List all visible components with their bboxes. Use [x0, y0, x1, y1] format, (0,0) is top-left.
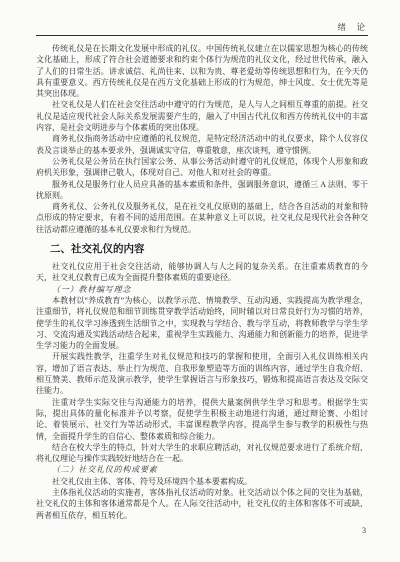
page-content: 绪 论 传统礼仪是在长期文化发展中形成的礼仪。中国传统礼仪建立在以儒家思想为核心…	[36, 22, 368, 521]
paragraph-textbook-core-concept: 本教材以“养成教育”为核心，以教学示范、情境教学、互动沟通、实践提高为教学理念，…	[36, 295, 368, 351]
paragraph-social-etiquette-education: 社交礼仪应用于社会交往活动，能够协调人与人之间的复杂关系。在注重素质教育的今天，…	[36, 261, 368, 284]
paragraph-service-etiquette: 服务礼仪是服务行业人员应具备的基本素质和条件，强调服务意识，遵循三 A 法则、零…	[36, 179, 368, 202]
paragraph-four-elements: 社交礼仪由主体、客体、符号及环境四个基本要素构成。	[36, 476, 368, 487]
running-header-chapter-title: 绪 论	[36, 22, 368, 35]
subheading-textbook-writing-philosophy: （一）教材编写理念	[36, 284, 368, 295]
paragraph-subject-and-object: 主体指礼仪活动的实施者，客体指礼仪活动的对象。社交活动以个体之间的交往为基础，社…	[36, 487, 368, 521]
section-heading-social-etiquette-content: 二、社交礼仪的内容	[36, 243, 368, 256]
paragraph-traditional-etiquette: 传统礼仪是在长期文化发展中形成的礼仪。中国传统礼仪建立在以儒家思想为核心的传统文…	[36, 43, 368, 99]
paragraph-communication-training: 注重对学生实际交往与沟通能力的培养，提供大量案例供学生学习和思考。根据学生实际，…	[36, 397, 368, 442]
paragraph-official-etiquette: 公务礼仪是公务员在执行国家公务、从事公务活动时遵守的礼仪规范，体现个人形象和政府…	[36, 156, 368, 179]
paragraph-etiquette-comparison: 商务礼仪、公务礼仪及服务礼仪，是在社交礼仪原则的基础上，结合各自活动的对象和特点…	[36, 201, 368, 235]
paragraph-practical-teaching: 开展实践性教学，注重学生对礼仪规范和技巧的掌握和使用，全面引入礼仪训练相关内容，…	[36, 351, 368, 396]
header-rule	[36, 35, 368, 36]
book-page: 绪 论 传统礼仪是在长期文化发展中形成的礼仪。中国传统礼仪建立在以儒家思想为核心…	[0, 0, 400, 562]
page-number: 3	[362, 526, 366, 535]
paragraph-university-students: 结合在校大学生的特点，针对大学生的求职应聘活动，对礼仪规范要求进行了系统介绍，将…	[36, 442, 368, 465]
subheading-constituent-elements: （二）社交礼仪的构成要素	[36, 464, 368, 475]
paragraph-social-etiquette-definition: 社交礼仪是人们在社会交往活动中遵守的行为规范，是人与人之间相互尊重的前提。社交礼…	[36, 99, 368, 133]
paragraph-business-etiquette: 商务礼仪指商务活动中应遵循的礼仪规范，是特定经济活动中的礼仪要求，除个人仪容仪表…	[36, 133, 368, 156]
